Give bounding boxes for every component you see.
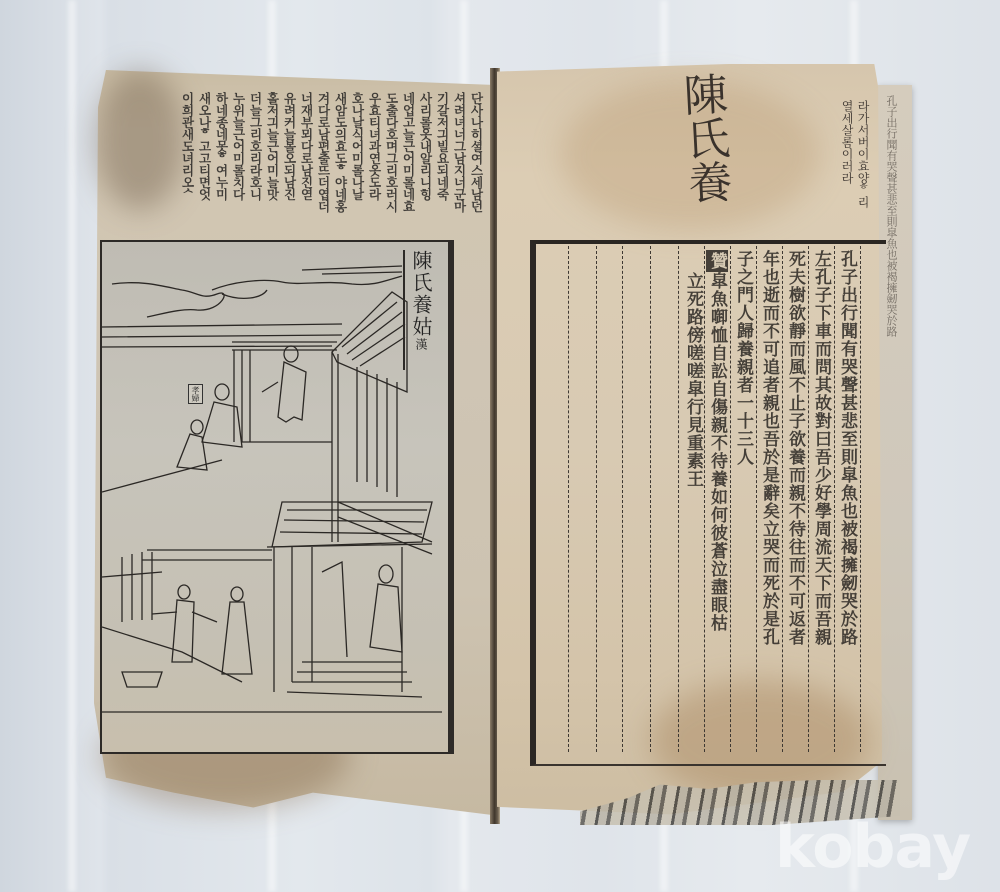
column-rule [596, 246, 597, 752]
text-column: 孔子出行聞有哭聲甚悲至則皐魚也被褐擁劒哭於路 [836, 250, 858, 646]
column-rule [650, 246, 651, 752]
handwritten-note: 라가서버이효양ᄒ리 [856, 100, 870, 208]
hangul-column: 우효티녀과연옷도라 [367, 92, 381, 240]
hangul-column: 더늘그리호리라호니 [248, 92, 262, 240]
backdrop-fold [68, 0, 76, 892]
hangul-column: 새오나ᄒ고고티면엇 [197, 92, 211, 240]
hangul-column: 도출다호며그리호러시 [384, 92, 398, 240]
column-rule [622, 246, 623, 752]
handwritten-note: 열세살롬이러라 [840, 100, 854, 184]
hangul-column: 기갈저긔빌요되네죽 [435, 92, 449, 240]
column-rule [808, 246, 809, 752]
column-rule [782, 246, 783, 752]
text-column: 左孔子下車而問其故對曰吾少好學周流天下而吾親 [810, 250, 832, 646]
woodblock-illustration: 孝婦 [100, 240, 454, 754]
hangul-column: 네업고늘근어미롤네효 [401, 92, 415, 240]
watermark: kobay [775, 812, 970, 882]
handwritten-title: 陳氏養 [675, 71, 732, 205]
hangul-column: 새암도의효도ᄒ야네홍 [333, 92, 347, 240]
hangul-column: 이희관새도녀리오ᄉ [180, 92, 194, 240]
column-rule [568, 246, 569, 752]
column-rule [860, 246, 861, 752]
column-rule [834, 246, 835, 752]
hangul-column: 사리롤옷내알리니힝 [418, 92, 432, 240]
text-column: 子之門人歸養親者一十三人 [732, 250, 754, 466]
zan-column: 贊皐魚啣恤自訟自傷親不待養如何彼蒼泣盡眼枯 [706, 250, 728, 632]
text-column: 死夫樹欲靜而風不止子欲養而親不待往而不可返者 [784, 250, 806, 646]
illustration-title: 陳氏養姑漢 [403, 250, 437, 370]
illustration-drawing [102, 242, 442, 748]
column-rule [678, 246, 679, 752]
back-page-text: 孔子出行聞有哭聲甚悲至則皐魚也被褐擁劒哭於路 [884, 95, 898, 337]
column-rule [730, 246, 731, 752]
hangul-column: 유려커늘볼오되남진 [282, 92, 296, 240]
column-rule [756, 246, 757, 752]
hangul-column: 단사나히셜여스세남던 [469, 92, 483, 240]
text-column: 年也逝而不可追者親也吾於是辭矣立哭而死於是孔 [758, 250, 780, 646]
hangul-column: 셔려녀너그남지너군마 [452, 92, 466, 240]
title-char: 姑 [409, 316, 433, 338]
zan-text: 皐魚啣恤自訟自傷親不待養如何彼蒼泣盡眼枯 [707, 272, 727, 632]
title-char: 氏 [409, 272, 433, 294]
column-rule [704, 246, 705, 752]
hangul-column: 호나날식어미롤나날 [350, 92, 364, 240]
hangul-text-block: 단사나히셜여스세남던 셔려녀너그남지너군마 기갈저긔빌요되네죽 사리롤옷내알리니… [103, 92, 489, 240]
zan-column: 立死路傍嗟嗟皐行見重素王 [682, 272, 704, 488]
hangul-column: 누위늘근어미롤치다 [231, 92, 245, 240]
title-char: 養 [409, 294, 433, 316]
illustration-tag: 孝婦 [188, 384, 203, 404]
title-char: 陳 [409, 250, 433, 272]
hangul-column: 너재부뫼다로남진엳 [299, 92, 313, 240]
title-suffix: 漢 [414, 338, 428, 352]
hangul-column: 하네종네못ᄒ여누미 [214, 92, 228, 240]
hangul-column: 홀저긔늘근어미늘맛 [265, 92, 279, 240]
hangul-column: 겨다로남편출뜨더엽더 [316, 92, 330, 240]
zan-label: 贊 [706, 250, 728, 272]
